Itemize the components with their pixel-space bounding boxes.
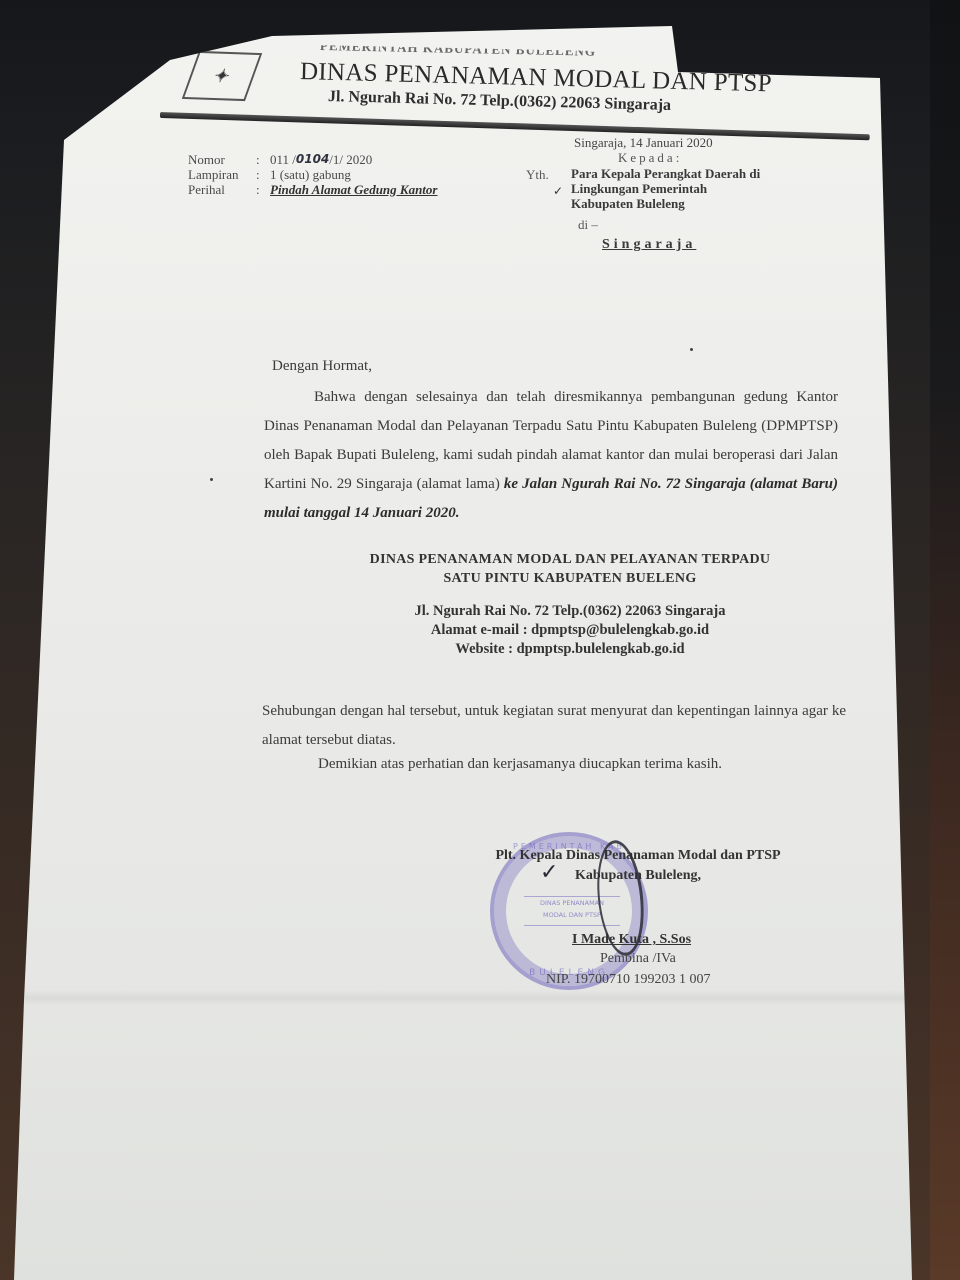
letter-meta: Nomor : 011 / 0104 /1/ 2020 Lampiran : 1…	[188, 152, 437, 197]
signature-flourish-icon: ✓	[540, 860, 558, 885]
info-org-line: SATU PINTU KABUPATEN BUELENG	[300, 569, 840, 588]
separator: :	[256, 167, 270, 182]
signatory-name: I Made Kuta , S.Sos	[572, 932, 691, 948]
signatory-nip: NIP. 19700710 199203 1 007	[546, 972, 711, 988]
recipient-line: Para Kepala Perangkat Daerah di	[571, 166, 760, 181]
paragraph-followup: Sehubungan dengan hal tersebut, untuk ke…	[262, 697, 846, 755]
letterhead-divider	[160, 112, 870, 140]
info-org-line: DINAS PENANAMAN MODAL DAN PELAYANAN TERP…	[300, 550, 840, 569]
nomor-prefix: 011 /	[270, 152, 296, 167]
lampiran-label: Lampiran	[188, 167, 256, 182]
closing-line: Demikian atas perhatian dan kerjasamanya…	[318, 756, 722, 773]
di-label: di –	[578, 217, 598, 233]
nomor-label: Nomor	[188, 152, 256, 167]
meta-perihal: Perihal : Pindah Alamat Gedung Kantor	[188, 182, 437, 197]
paper-fold-crease	[20, 990, 920, 1006]
recipient-block: Para Kepala Perangkat Daerah di Lingkung…	[571, 166, 760, 211]
nomor-handwritten: 0104	[296, 152, 329, 167]
recipient-line: Lingkungan Pemerintah	[571, 181, 760, 196]
lampiran-value: 1 (satu) gabung	[270, 167, 351, 182]
separator: :	[256, 182, 270, 197]
recipient-city: Singaraja	[602, 237, 696, 253]
signature-title-line: Plt. Kepala Dinas Penanaman Modal dan PT…	[448, 846, 828, 866]
nomor-suffix: /1/ 2020	[329, 152, 372, 167]
paper-speck	[210, 478, 213, 481]
signatory-rank: Pembina /IVa	[600, 951, 676, 967]
separator: :	[256, 152, 270, 167]
perihal-label: Perihal	[188, 182, 256, 197]
paper-speck	[690, 348, 693, 351]
new-address-block: DINAS PENANAMAN MODAL DAN PELAYANAN TERP…	[300, 550, 840, 659]
info-address: Jl. Ngurah Rai No. 72 Telp.(0362) 22063 …	[300, 602, 840, 621]
info-website: Website : dpmptsp.bulelengkab.go.id	[300, 640, 840, 659]
recipient-line: Kabupaten Buleleng	[571, 196, 760, 211]
info-email: Alamat e-mail : dpmptsp@bulelengkab.go.i…	[300, 621, 840, 640]
letter-paper: ✦ PEMERINTAH KABUPATEN BULELENG DINAS PE…	[0, 0, 960, 1280]
background-desk-edge	[930, 0, 960, 1280]
paragraph-announcement: Bahwa dengan selesainya dan telah diresm…	[264, 383, 838, 528]
salutation: Dengan Hormat,	[272, 358, 372, 375]
yth-label: Yth.	[526, 167, 549, 183]
letterhead-government-line: PEMERINTAH KABUPATEN BULELENG	[320, 38, 596, 60]
handwritten-tick-icon: ✓	[553, 184, 563, 199]
kepada-label: Kepada:	[618, 150, 682, 166]
regency-crest-icon: ✦	[182, 51, 262, 101]
meta-nomor: Nomor : 011 / 0104 /1/ 2020	[188, 152, 437, 167]
perihal-value: Pindah Alamat Gedung Kantor	[270, 182, 437, 197]
place-date: Singaraja, 14 Januari 2020	[574, 135, 713, 151]
meta-lampiran: Lampiran : 1 (satu) gabung	[188, 167, 437, 182]
